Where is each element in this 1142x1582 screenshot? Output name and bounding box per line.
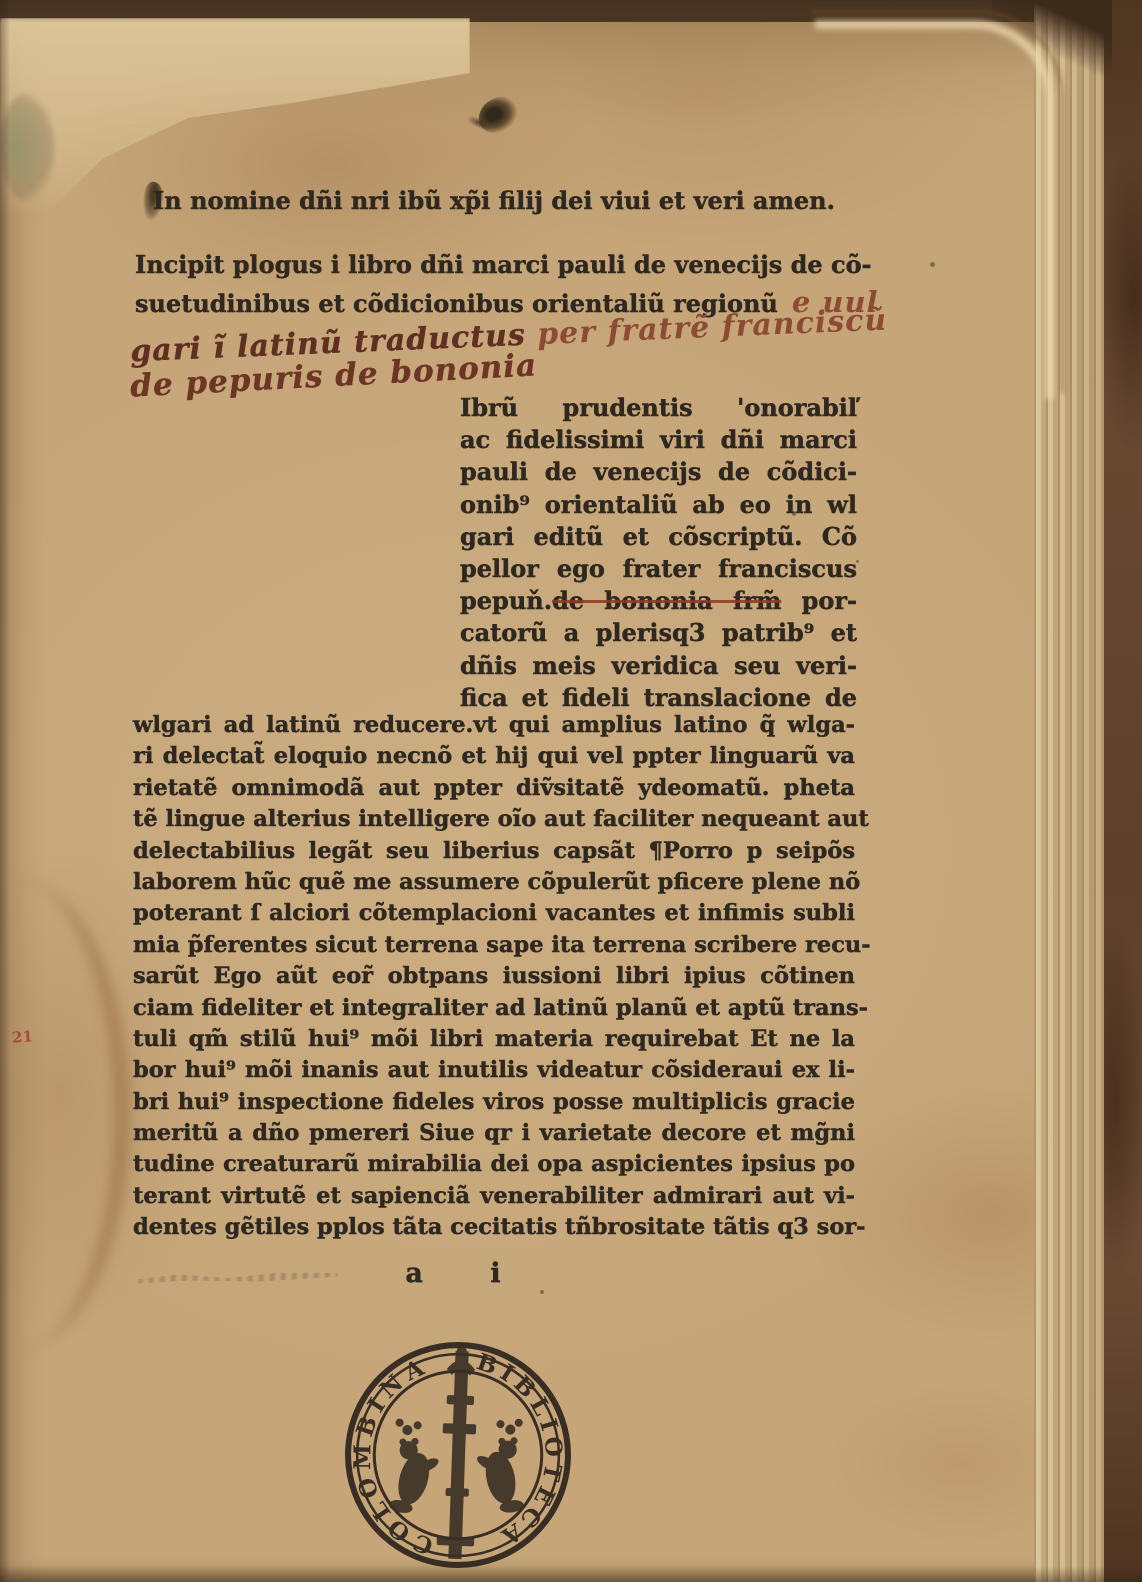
body-line: wlgari ad latinũ reducere.vt qui amplius… [133,710,855,741]
prologue-column: Ibrũ prudentis 'onorabiľ ac fidelissimi … [460,392,857,714]
body-line: delectabilius legãt seu liberius capsãt … [133,836,855,867]
stamp-text-right: BIBLIOTECA [467,1348,571,1555]
body-line: ri delectat̃ eloquio necnõ et hij qui ve… [133,741,855,772]
column-line: catorũ a plerisq3 patrib⁹ et [460,617,857,649]
column-line: gari editũ et cõscriptũ. Cõ [460,521,857,553]
body-line: tudine creaturarũ mirabilia dei opa aspi… [133,1149,855,1180]
body-line: rietatẽ omnimodã aut ppter diṽsitatẽ yde… [133,773,855,804]
bottom-edge-shadow [0,1566,1142,1582]
column-line: pauli de venecijs de cõdici- [460,456,857,488]
quire-signature: a i [378,1258,528,1289]
library-stamp: BIBLIOTECA COLOMBINA [338,1332,578,1578]
gutter-shadow [0,0,10,1582]
incipit-line-1: Incipit plogus i libro dñi marci pauli d… [135,250,855,279]
body-line: tẽ lingue alterius intelligere oĩo aut f… [133,804,855,835]
column-line: onib⁹ orientaliũ ab eo in wl [460,489,857,521]
column-line: pellor ego frater franciscus [460,553,857,585]
body-line: tuli qm̃ stilũ hui⁹ mõi libri materia re… [133,1024,855,1055]
column-line-7-pre: pepuň. [460,586,552,615]
body-line: terant virtutẽ et sapienciã venerabilite… [133,1181,855,1212]
column-line-7-post: por- [802,586,857,615]
body-line: bor hui⁹ mõi inanis aut inutilis videatu… [133,1055,855,1086]
invocation-line: In nomine dñi nri ibũ xp̃i filij dei viu… [133,186,855,215]
paper-fleck [540,1290,544,1294]
column-line-struck: pepuň.de bononia frm̃ por- [460,585,857,617]
body-line: meritũ a dño pmereri Siue qr i varietate… [133,1118,855,1149]
marginal-number: 21 [11,1027,33,1046]
body-line: bri hui⁹ inspectione fideles viros posse… [133,1087,855,1118]
body-line: ciam fideliter et integraliter ad latinũ… [133,993,855,1024]
prologue-body: wlgari ad latinũ reducere.vt qui amplius… [133,710,855,1244]
paper-fleck [930,262,935,267]
body-line: laborem hũc quẽ me assumere cõpulerũt pf… [133,867,855,898]
body-line: poterant ſ alciori cõtemplacioni vacante… [133,898,855,929]
book-cover-edge [1104,0,1142,1582]
column-line: dñis meis veridica seu veri- [460,650,857,682]
column-line: Ibrũ prudentis 'onorabiľ [460,392,857,424]
body-line: mia p̃ferentes sicut terrena sape ita te… [133,930,855,961]
column-line: ac fidelissimi viri dñi marci [460,424,857,456]
body-line: sarũt Ego aũt eor̃ obtpans iussioni libr… [133,961,855,992]
body-line: dentes gẽtiles pplos tãta cecitatis tñbr… [133,1212,855,1243]
column-line-7-strikethrough: de bononia frm̃ [552,586,781,615]
stamp-text-left: COLOMBINA [345,1349,443,1560]
